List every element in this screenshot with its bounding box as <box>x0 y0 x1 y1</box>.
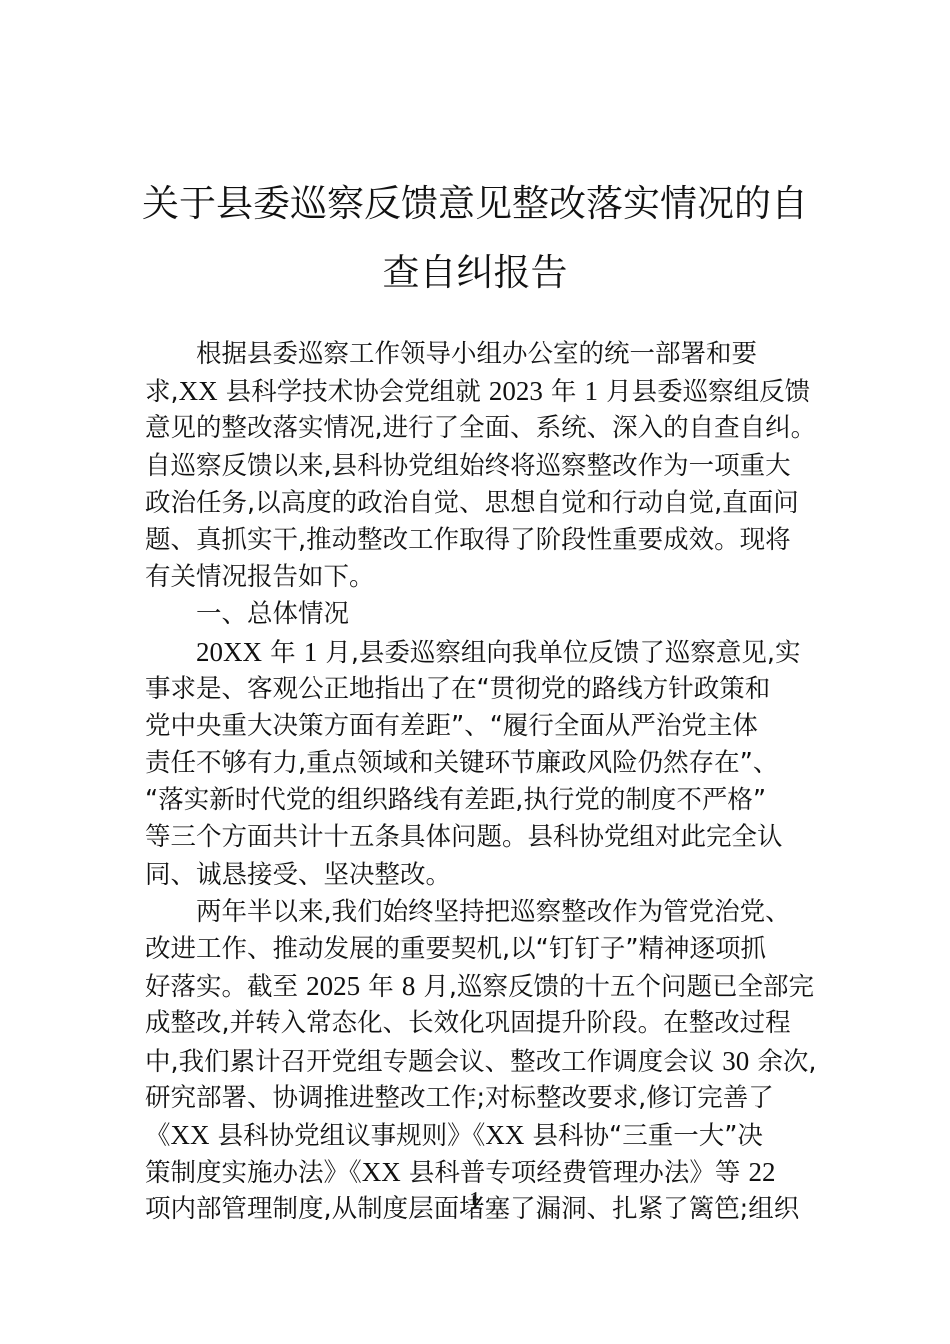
document-body: 根据县委巡察工作领导小组办公室的统一部署和要求,XX 县科学技术协会党组就 20… <box>145 336 825 1229</box>
body-text-line: “落实新时代党的组织路线有差距,执行党的制度不严格” <box>145 782 825 819</box>
body-text-line: 政治任务,以高度的政治自觉、思想自觉和行动自觉,直面问 <box>145 485 825 522</box>
body-text-line: 20XX 年 1 月,县委巡察组向我单位反馈了巡察意见,实 <box>145 634 825 671</box>
body-text-line: 事求是、客观公正地指出了在“贯彻党的路线方针政策和 <box>145 671 825 708</box>
body-text-line: 题、真抓实干,推动整改工作取得了阶段性重要成效。现将 <box>145 522 825 559</box>
body-text-line: 中,我们累计召开党组专题会议、整改工作调度会议 30 余次, <box>145 1043 825 1080</box>
document-page: 关于县委巡察反馈意见整改落实情况的自 查自纠报告 根据县委巡察工作领导小组办公室… <box>0 0 950 1344</box>
body-text-line: 好落实。截至 2025 年 8 月,巡察反馈的十五个问题已全部完 <box>145 968 825 1005</box>
body-text-line: 有关情况报告如下。 <box>145 559 825 596</box>
body-text-line: 等三个方面共计十五条具体问题。县科协党组对此完全认 <box>145 819 825 856</box>
body-text-line: 两年半以来,我们始终坚持把巡察整改作为管党治党、 <box>145 894 825 931</box>
body-text-line: 意见的整改落实情况,进行了全面、系统、深入的自查自纠。 <box>145 410 825 447</box>
body-text-line: 责任不够有力,重点领域和关键环节廉政风险仍然存在”、 <box>145 745 825 782</box>
body-text-line: 《XX 县科协党组议事规则》《XX 县科协“三重一大”决 <box>145 1117 825 1154</box>
body-text-line: 同、诚恳接受、坚决整改。 <box>145 857 825 894</box>
body-text-line: 求,XX 县科学技术协会党组就 2023 年 1 月县委巡察组反馈 <box>145 373 825 410</box>
body-text-line: 根据县委巡察工作领导小组办公室的统一部署和要 <box>145 336 825 373</box>
body-text-line: 成整改,并转入常态化、长效化巩固提升阶段。在整改过程 <box>145 1005 825 1042</box>
body-text-line: 自巡察反馈以来,县科协党组始终将巡察整改作为一项重大 <box>145 448 825 485</box>
body-text-line: 研究部署、协调推进整改工作;对标整改要求,修订完善了 <box>145 1080 825 1117</box>
document-title-line-2: 查自纠报告 <box>0 242 950 296</box>
body-text-line: 党中央重大决策方面有差距”、“履行全面从严治党主体 <box>145 708 825 745</box>
document-title-line-1: 关于县委巡察反馈意见整改落实情况的自 <box>0 173 950 227</box>
body-text-line: 改进工作、推动发展的重要契机,以“钉钉子”精神逐项抓 <box>145 931 825 968</box>
page-number: 1 <box>0 1188 950 1215</box>
body-text-line: 策制度实施办法》《XX 县科普专项经费管理办法》等 22 <box>145 1154 825 1191</box>
body-text-line: 一、总体情况 <box>145 596 825 633</box>
